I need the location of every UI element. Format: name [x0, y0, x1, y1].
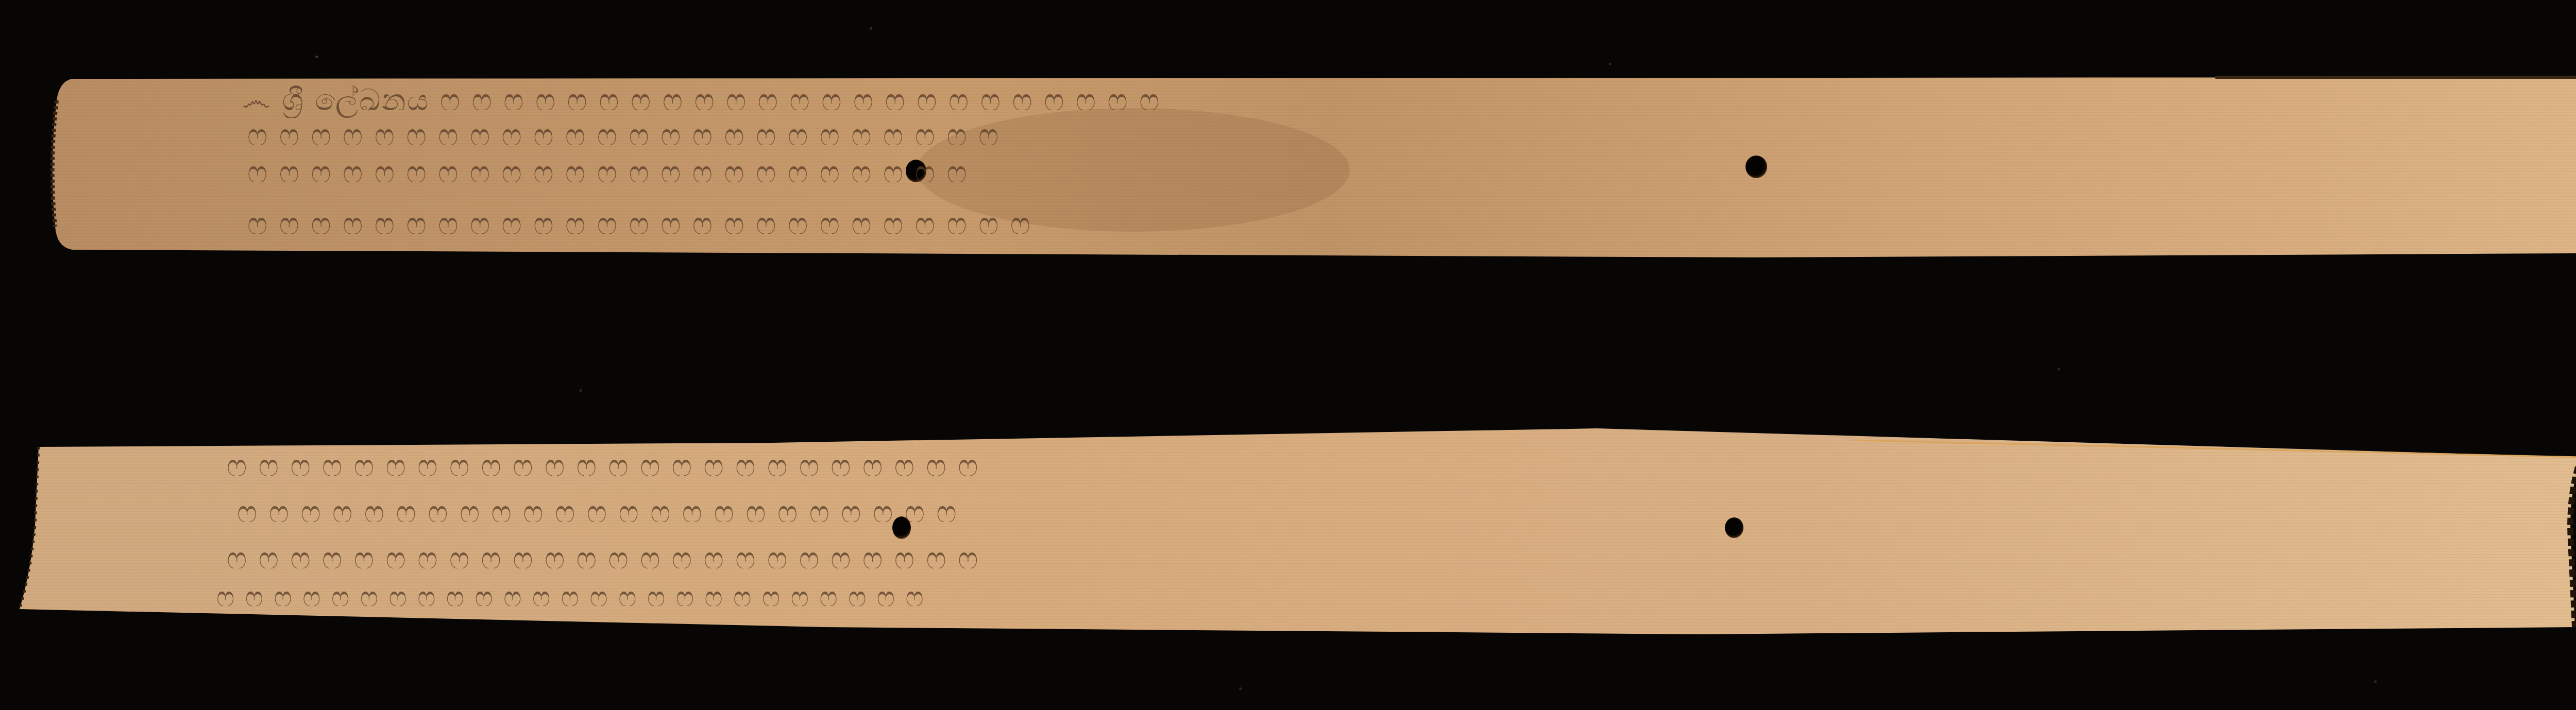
lower-leaf-line-2: ෆ ෆ ෆ ෆ ෆ ෆ ෆ ෆ ෆ ෆ ෆ ෆ ෆ ෆ ෆ ෆ ෆ ෆ ෆ ෆ …: [237, 494, 2463, 530]
lower-leaf-line-1: ෆ ෆ ෆ ෆ ෆ ෆ ෆ ෆ ෆ ෆ ෆ ෆ ෆ ෆ ෆ ෆ ෆ ෆ ෆ ෆ …: [227, 448, 2442, 483]
upper-leaf-line-4: ෆ ෆ ෆ ෆ ෆ ෆ ෆ ෆ ෆ ෆ ෆ ෆ ෆ ෆ ෆ ෆ ෆ ෆ ෆ ෆ …: [247, 206, 2524, 241]
upper-leaf-line-2: ෆ ෆ ෆ ෆ ෆ ෆ ෆ ෆ ෆ ෆ ෆ ෆ ෆ ෆ ෆ ෆ ෆ ෆ ෆ ෆ …: [247, 117, 2385, 153]
lower-leaf-line-3: ෆ ෆ ෆ ෆ ෆ ෆ ෆ ෆ ෆ ෆ ෆ ෆ ෆ ෆ ෆ ෆ ෆ ෆ ෆ ෆ …: [227, 541, 2442, 576]
upper-leaf-line-1: ෴ ශ්‍රී ලේඛනය ෆ ෆ ෆ ෆ ෆ ෆ ෆ ෆ ෆ ෆ ෆ ෆ ෆ …: [242, 82, 2437, 118]
upper-leaf-line-3: ෆ ෆ ෆ ෆ ෆ ෆ ෆ ෆ ෆ ෆ ෆ ෆ ෆ ෆ ෆ ෆ ෆ ෆ ෆ ෆ …: [247, 154, 2370, 190]
lower-leaf-line-4: ෆ ෆ ෆ ෆ ෆ ෆ ෆ ෆ ෆ ෆ ෆ ෆ ෆ ෆ ෆ ෆ ෆ ෆ ෆ ෆ …: [216, 582, 2509, 613]
